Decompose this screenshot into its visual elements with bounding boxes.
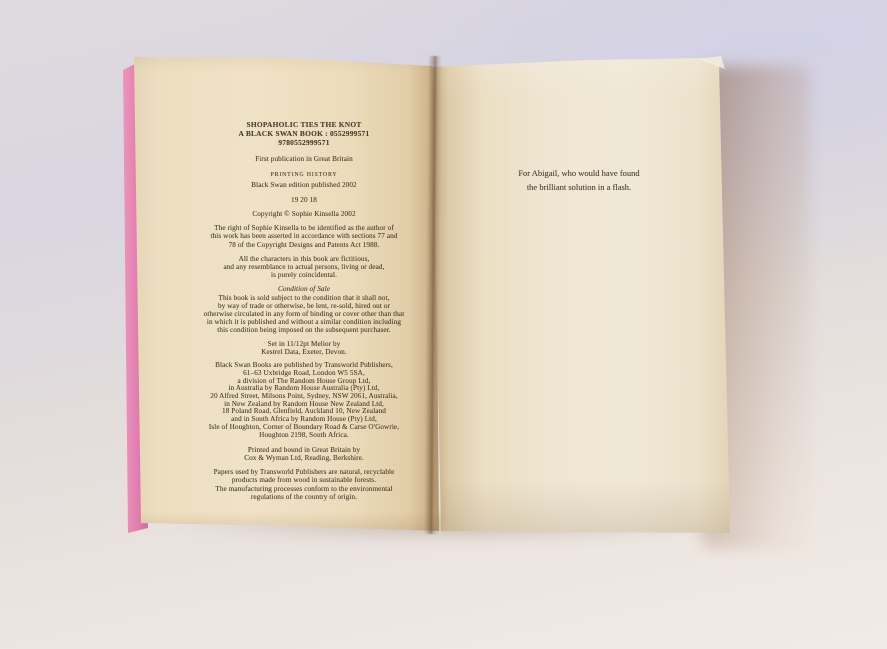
paper-notice: Papers used by Transworld Publishers are… bbox=[168, 468, 440, 500]
author-rights-notice: The right of Sophie Kinsella to be ident… bbox=[168, 224, 440, 248]
printing-history-block: PRINTING HISTORY Black Swan edition publ… bbox=[168, 171, 440, 189]
condition-of-sale-block: Condition of Sale This book is sold subj… bbox=[168, 285, 440, 334]
copyright-line: Copyright © Sophie Kinsella 2002 bbox=[168, 210, 440, 218]
first-publication-line: First publication in Great Britain bbox=[168, 155, 440, 163]
printing-history-heading: PRINTING HISTORY bbox=[168, 171, 440, 179]
dedication-text: For Abigail, who would have found the br… bbox=[468, 167, 690, 194]
condition-of-sale-text: This book is sold subject to the conditi… bbox=[168, 294, 440, 334]
impression-numbers: 19 20 18 bbox=[168, 196, 440, 204]
fictitious-notice: All the characters in this book are fict… bbox=[168, 255, 440, 279]
printing-history-line: Black Swan edition published 2002 bbox=[168, 181, 440, 189]
typesetting-credit: Set in 11/12pt Melior by Kestrel Data, E… bbox=[168, 340, 440, 356]
imprint-header: SHOPAHOLIC TIES THE KNOT A BLACK SWAN BO… bbox=[168, 121, 440, 147]
right-page bbox=[428, 54, 734, 538]
publisher-addresses: Black Swan Books are published by Transw… bbox=[168, 362, 440, 439]
copyright-page-text: SHOPAHOLIC TIES THE KNOT A BLACK SWAN BO… bbox=[168, 121, 440, 501]
condition-of-sale-heading: Condition of Sale bbox=[168, 285, 440, 293]
printer-credit: Printed and bound in Great Britain by Co… bbox=[168, 446, 440, 462]
photo-of-open-book: SHOPAHOLIC TIES THE KNOT A BLACK SWAN BO… bbox=[0, 0, 887, 649]
